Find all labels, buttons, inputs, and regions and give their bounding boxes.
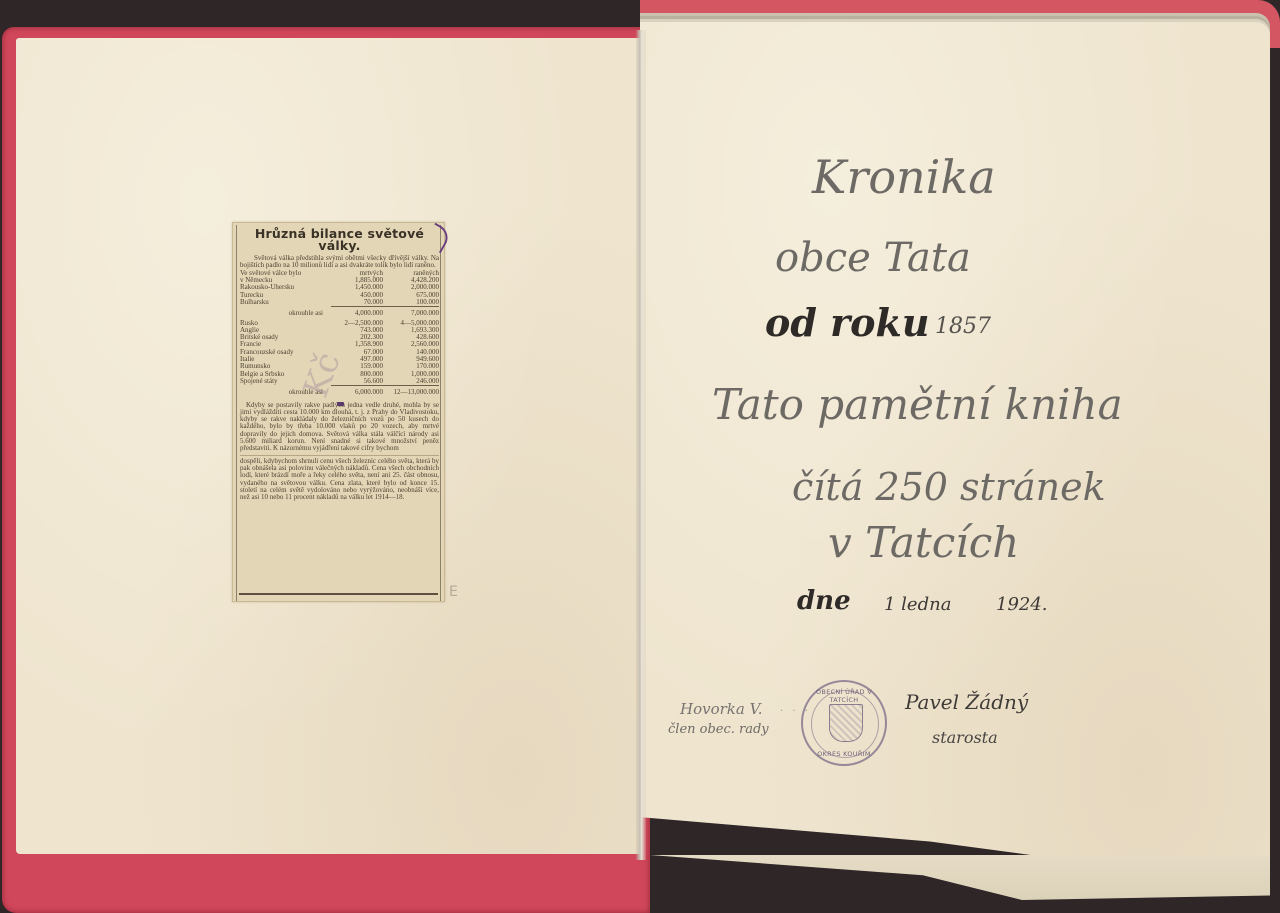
column-rule (440, 225, 441, 601)
table-row: Rakousko-Uhersku1,450.0002,000.000 (240, 284, 439, 291)
title-line-tatcich: v Tatcích (828, 518, 1019, 567)
title-line-stranek: čítá 250 stránek (792, 465, 1106, 509)
signature-council-role: člen obec. rady (668, 722, 769, 737)
clipping-bottom-rule (239, 593, 438, 595)
clipping-title: Hrůzná bilance světové války. (240, 228, 439, 252)
table-row: Francouzské osady67.000140.000 (240, 349, 439, 356)
stamp-bottom-text: OKRES KOUŘIM (803, 750, 885, 758)
title-line-dne: dne (797, 586, 851, 616)
signature-council-member: Hovorka V. (680, 700, 763, 718)
title-date-year: 1924. (996, 594, 1048, 615)
title-line-od-roku: od roku (765, 300, 929, 345)
clipping-body-continuation: dospěli, kdybychom shrnuli cenu všech že… (240, 455, 439, 502)
margin-mark: E (449, 584, 458, 600)
title-line-obce: obce Tata (775, 235, 971, 281)
signature-mayor-role: starosta (932, 728, 998, 747)
signature-mayor: Pavel Žádný (905, 690, 1028, 714)
municipal-stamp: OBECNÍ ÚŘAD V TATCÍCH OKRES KOUŘIM (801, 680, 887, 766)
clipping-intro: Světová válka předstihla svými obětmi vš… (240, 255, 439, 270)
title-line-kronika: Kronika (812, 150, 996, 204)
table-total-row: okrouhle asi 6,000.000 12—13,000.000 (240, 386, 439, 399)
coat-of-arms-icon (829, 704, 863, 742)
page-edge-fold (650, 855, 1270, 900)
title-line-pametni-kniha: Tato pamětní kniha (712, 380, 1123, 429)
table-row: Turecku450.000675.000 (240, 292, 439, 299)
clipping-body-paragraph: Kdyby se postavily rakve padlých jedna v… (240, 402, 439, 453)
ink-mark (337, 402, 344, 406)
column-rule (236, 225, 237, 601)
title-year: 1857 (935, 314, 991, 339)
table-row: Rusko2—2,500.0004—5,000.000 (240, 320, 439, 327)
title-date: 1 ledna (884, 594, 951, 615)
table-total-row: okrouhle asi 4,000.000 7,000.000 (240, 307, 439, 320)
table-row: Bulharsku70.000100.000 (240, 299, 439, 307)
table-row: Britské osady202.300428.600 (240, 334, 439, 341)
newspaper-clipping: Hrůzná bilance světové války. Světová vá… (232, 222, 445, 602)
stamp-top-text: OBECNÍ ÚŘAD V TATCÍCH (803, 688, 885, 704)
book-gutter (636, 30, 646, 860)
